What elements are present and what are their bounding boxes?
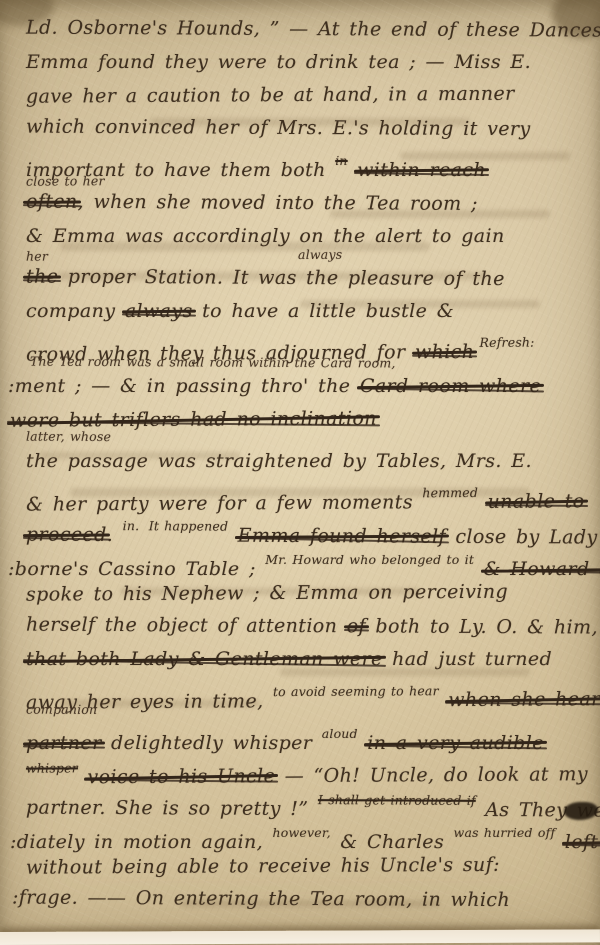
interlinear-insertion: hemmed: [422, 485, 478, 500]
struck-text: the: [26, 266, 58, 288]
manuscript-line: spoke to his Nephew ; & Emma on perceivi…: [0, 576, 600, 613]
manuscript-line: Emma found they were to drink tea ; — Mi…: [0, 47, 600, 80]
handwritten-text: herself the object of attention: [26, 614, 347, 638]
interlinear-insertion: to avoid seeming to hear: [273, 683, 439, 699]
manuscript-line: that both Lady & Gentleman were had just…: [0, 644, 600, 677]
struck-text: often: [26, 191, 78, 213]
handwritten-text: both to Ly. O. & him,: [366, 615, 598, 638]
manuscript-line: :borne's Cassino Table ; Mr. Howard who …: [0, 545, 600, 578]
handwritten-text: [139, 524, 149, 546]
struck-text: of: [347, 615, 366, 637]
manuscript-line: without being able to receive his Uncle'…: [0, 849, 600, 886]
struck-text: unable to: [488, 490, 585, 513]
handwritten-text: & Emma was accordingly on the alert to g…: [26, 225, 505, 247]
handwritten-text: :diately in motion again,: [10, 831, 273, 853]
interlinear-insertion: aloud: [322, 726, 358, 741]
handwritten-text: Emma found they were to drink tea ; — Mi…: [26, 51, 531, 73]
manuscript-line: :ment ; — & in passing thro' the Card ro…: [0, 371, 600, 404]
interlinear-insertion: Mr. Howard who belonged to it: [265, 552, 474, 567]
handwritten-text: partner. She is so pretty !”: [26, 797, 318, 821]
manuscript-line: whisper voice to his Uncle — “Oh! Uncle,…: [0, 750, 600, 787]
handwritten-text: .: [107, 524, 123, 546]
handwritten-text: had just turned: [383, 648, 552, 670]
struck-text: that both Lady & Gentleman were: [26, 648, 383, 670]
handwritten-text: :ment ; — & in passing thro' the: [8, 375, 360, 397]
manuscript-line: companion: [0, 703, 600, 720]
handwritten-text: , when she moved into the Tea room ;: [78, 191, 478, 215]
handwritten-text: companion: [26, 702, 97, 717]
struck-insertion: I shall get introduced if: [318, 792, 476, 808]
handwritten-text: spoke to his Nephew ; & Emma on perceivi…: [26, 581, 508, 606]
struck-text: proceed: [26, 524, 107, 546]
manuscript-line: gave her a caution to be at hand, in a m…: [0, 78, 600, 115]
handwritten-text: — “Oh! Uncle, do look at my: [275, 763, 588, 787]
handwritten-text: :borne's Cassino Table ;: [8, 558, 265, 580]
manuscript-line: partner. She is so pretty !” I shall get…: [0, 783, 600, 819]
manuscript-line: Ld. Osborne's Hounds, ” — At the end of …: [0, 12, 600, 48]
handwritten-text: without being able to receive his Uncle'…: [26, 854, 500, 879]
interlinear-insertion: It happened: [149, 518, 229, 533]
manuscript-line: which convinced her of Mrs. E.'s holding…: [0, 111, 600, 147]
manuscript-line: :diately in motion again, however, & Cha…: [0, 818, 600, 851]
handwritten-text: :frage. —— On entering the Tea room, in …: [12, 886, 510, 911]
handwritten-text: company: [26, 300, 125, 322]
interlinear-insertion: however,: [273, 825, 331, 840]
struck-text: always: [125, 300, 193, 322]
handwritten-text: always: [298, 247, 342, 262]
spacer: [48, 259, 298, 261]
manuscript-line: the proper Station. It was the pleasure …: [0, 261, 600, 297]
handwritten-text: to have a little bustle &: [193, 300, 454, 322]
interlinear-insertion: in.: [123, 518, 140, 533]
handwritten-text: Ld. Osborne's Hounds, ” — At the end of …: [26, 17, 600, 42]
interlinear-insertion: Refresh:: [474, 335, 534, 350]
handwritten-text: delightedly whisper: [102, 732, 322, 754]
struck-insertion: whisper: [26, 760, 78, 775]
manuscript-line: partner delightedly whisper aloud in a v…: [0, 719, 600, 752]
handwritten-text: the passage was straightened by Tables, …: [26, 450, 532, 472]
struck-text: Card room where: [360, 375, 541, 397]
manuscript-line: The Tea room was a small room within the…: [0, 355, 600, 372]
struck-text: partner: [26, 732, 102, 754]
manuscript-line: herself the object of attention of both …: [0, 609, 600, 645]
handwritten-text: which convinced her of Mrs. E.'s holding…: [26, 116, 531, 141]
manuscript-line: latter, whose: [0, 430, 600, 447]
handwritten-text: gave her a caution to be at hand, in a m…: [26, 83, 515, 108]
manuscript-page: Ld. Osborne's Hounds, ” — At the end of …: [0, 0, 600, 945]
interlinear-insertion: was hurried off: [454, 825, 556, 840]
manuscript-line: & her party were for a few moments hemme…: [0, 477, 600, 514]
handwritten-text: latter, whose: [26, 429, 111, 444]
handwritten-text: proper Station. It was the pleasure of t…: [58, 266, 505, 290]
manuscript-line: the passage was straightened by Tables, …: [0, 446, 600, 479]
manuscript-line: company always to have a little bustle &: [0, 296, 600, 329]
struck-insertion: in: [335, 153, 347, 168]
manuscript-line: proceed. in. It happened Emma found hers…: [0, 510, 600, 546]
page-bottom-edge: [0, 929, 600, 945]
manuscript-text: Ld. Osborne's Hounds, ” — At the end of …: [0, 0, 600, 917]
manuscript-line: often, when she moved into the Tea room …: [0, 186, 600, 222]
handwritten-text: The Tea room was a small room within the…: [30, 354, 396, 371]
manuscript-line: :frage. —— On entering the Tea room, in …: [0, 882, 600, 918]
